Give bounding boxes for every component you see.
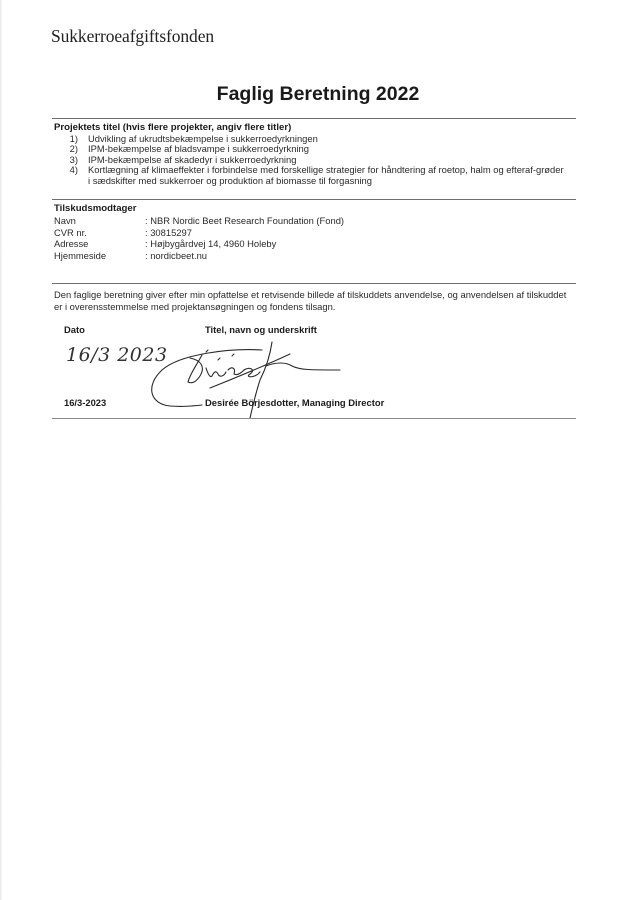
declaration-text: Den faglige beretning giver efter min op… [54,289,576,313]
field-label: CVR nr. [54,227,145,239]
date-label: Dato [64,324,85,335]
signer-name: Desirée Börjesdotter, Managing Director [205,397,384,408]
field-label: Hjemmeside [54,250,145,262]
field-label: Navn [54,215,145,227]
project-list: 1) Udvikling af ukrudtsbekæmpelse i sukk… [54,134,584,186]
recipient-table: Navn : NBR Nordic Beet Research Foundati… [54,215,344,261]
divider-projects [52,199,576,200]
document-title: Faglig Beretning 2022 [0,83,636,106]
printed-date: 16/3-2023 [64,397,106,408]
project-number: 4) [54,165,88,186]
field-value: : nordicbeet.nu [145,250,207,262]
signature-icon [140,336,380,422]
list-item: 4) Kortlægning af klimaeffekter i forbin… [54,165,584,186]
table-row: Adresse : Højbygårdvej 14, 4960 Holeby [54,238,344,250]
divider-recipient [52,283,576,284]
divider-top [52,118,576,119]
divider-bottom [52,418,576,419]
signer-label: Titel, navn og underskrift [205,324,317,335]
project-title: Kortlægning af klimaeffekter i forbindel… [88,165,566,186]
projects-label: Projektets titel (hvis flere projekter, … [54,122,291,133]
organization-header: Sukkerroeafgiftsfonden [51,26,214,47]
recipient-label: Tilskudsmodtager [54,203,136,214]
table-row: CVR nr. : 30815297 [54,227,344,239]
scan-edge [0,0,3,900]
table-row: Hjemmeside : nordicbeet.nu [54,250,344,262]
field-value: : NBR Nordic Beet Research Foundation (F… [145,215,344,227]
table-row: Navn : NBR Nordic Beet Research Foundati… [54,215,344,227]
field-value: : 30815297 [145,227,192,239]
field-label: Adresse [54,238,145,250]
field-value: : Højbygårdvej 14, 4960 Holeby [145,238,276,250]
